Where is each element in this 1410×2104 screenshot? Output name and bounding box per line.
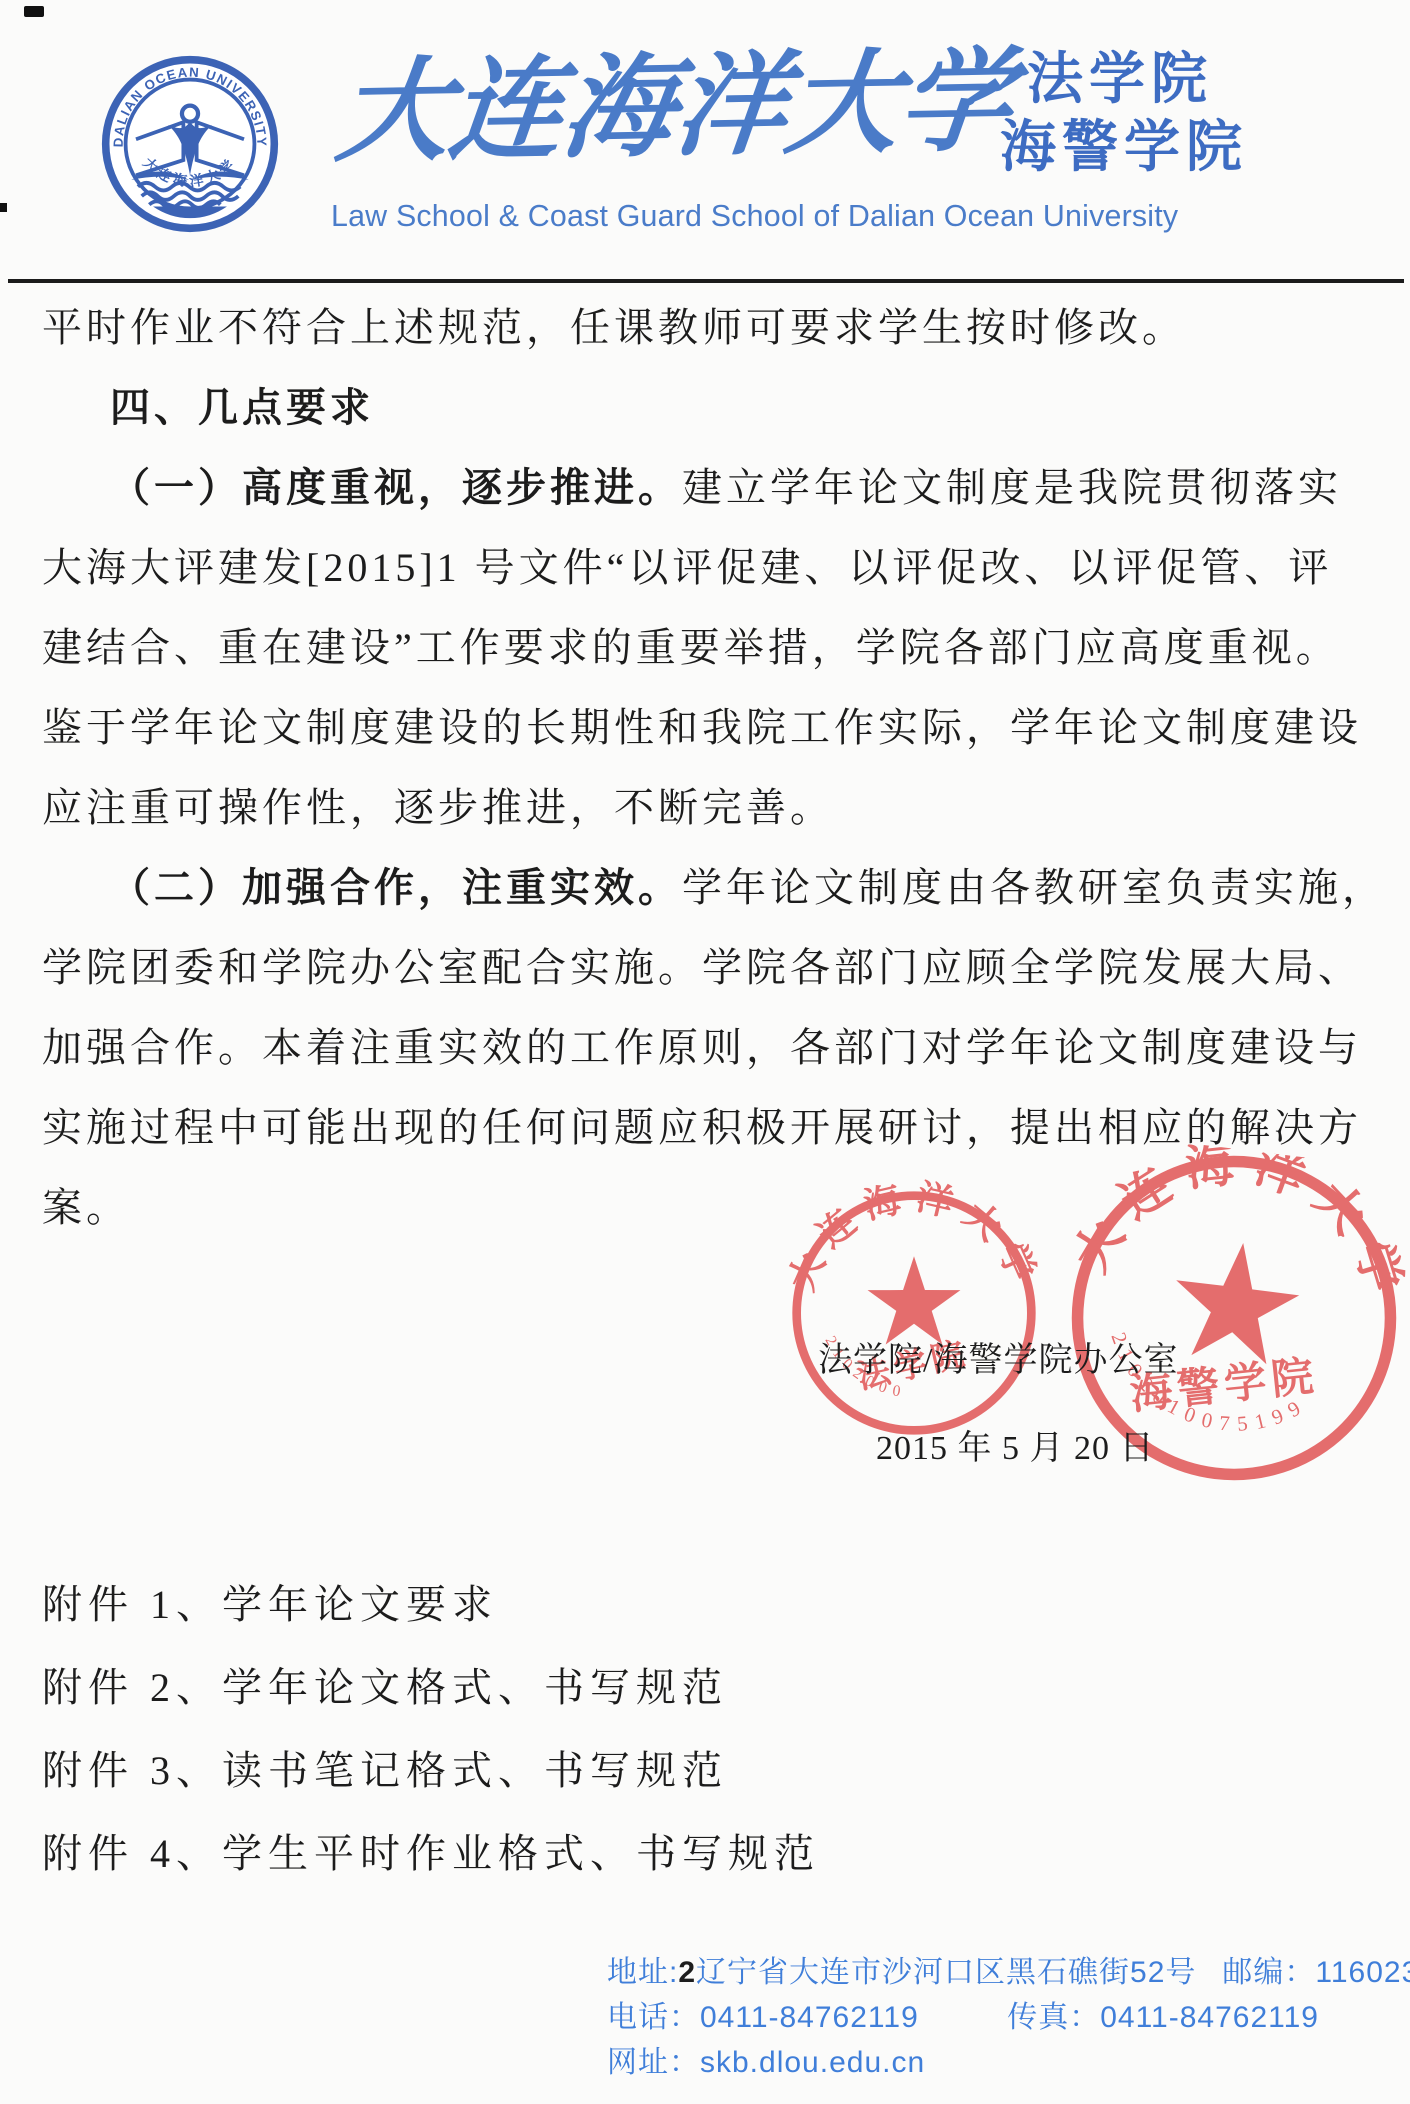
body-line: （一）高度重视，逐步推进。建立学年论文制度是我院贯彻落实 <box>42 448 1382 528</box>
page-number: 2 <box>678 1956 696 1989</box>
scan-artifact <box>24 6 44 17</box>
letterhead-footer: 地址:2辽宁省大连市沙河口区黑石礁街52号邮编：116023 电话：0411-8… <box>607 1950 1319 2085</box>
footer-phone-line: 电话：0411-84762119 传真：0411-84762119 <box>607 1995 1319 2040</box>
address-label: 地址: <box>607 1956 678 1989</box>
attachment-item: 附件 3、读书笔记格式、书写规范 <box>42 1729 820 1812</box>
body-line: 应注重可操作性，逐步推进，不断完善。 <box>42 768 1382 848</box>
body-line: （二）加强合作，注重实效。学年论文制度由各教研室负责实施， <box>42 848 1382 928</box>
attachment-list: 附件 1、学年论文要求 附件 2、学年论文格式、书写规范 附件 3、读书笔记格式… <box>42 1563 820 1895</box>
phone: 电话：0411-84762119 <box>607 1995 919 2040</box>
attachment-item: 附件 4、学生平时作业格式、书写规范 <box>42 1812 820 1895</box>
footer-web-line: 网址：skb.dlou.edu.cn <box>607 2040 1319 2085</box>
signing-date: 2015 年 5 月 20 日 <box>876 1420 1155 1469</box>
zip-value: 116023 <box>1315 1956 1410 1989</box>
body-line: 加强合作。本着注重实效的工作原则，各部门对学年论文制度建设与 <box>42 1008 1382 1088</box>
dept-coast-guard-school: 海警学院 <box>1000 114 1240 182</box>
footer-address-line: 地址:2辽宁省大连市沙河口区黑石礁街52号邮编：116023 <box>607 1950 1319 1995</box>
department-names: 法学院 海警学院 <box>1000 46 1240 182</box>
body-line: 平时作业不符合上述规范，任课教师可要求学生按时修改。 <box>42 288 1382 368</box>
body-line: 大海大评建发[2015]1 号文件“以评促建、以评促改、以评促管、评 <box>42 528 1382 608</box>
body-line: 鉴于学年论文制度建设的长期性和我院工作实际，学年论文制度建设 <box>42 688 1382 768</box>
university-logo: DALIAN OCEAN UNIVERSITY 大连海洋大学 <box>100 48 280 240</box>
scan-artifact <box>0 203 7 212</box>
body-line: 实施过程中可能出现的任何问题应积极开展研讨，提出相应的解决方 <box>42 1088 1382 1168</box>
attachment-item: 附件 1、学年论文要求 <box>42 1563 820 1646</box>
attachment-item: 附件 2、学年论文格式、书写规范 <box>42 1646 820 1729</box>
star-icon <box>1167 1235 1304 1367</box>
zip-label: 邮编： <box>1222 1956 1315 1989</box>
scanned-document-page: DALIAN OCEAN UNIVERSITY 大连海洋大学 大连海洋大学 法学… <box>0 0 1410 2104</box>
web-value: skb.dlou.edu.cn <box>700 2046 925 2079</box>
document-body: 平时作业不符合上述规范，任课教师可要求学生按时修改。 四、几点要求 （一）高度重… <box>42 288 1382 1248</box>
section-heading: 四、几点要求 <box>42 368 1382 448</box>
web-label: 网址： <box>607 2046 700 2079</box>
address-value: 辽宁省大连市沙河口区黑石礁街52号 <box>696 1956 1196 1989</box>
fax: 传真：0411-84762119 <box>1007 1995 1319 2040</box>
english-subtitle: Law School & Coast Guard School of Dalia… <box>331 198 1213 234</box>
dept-law-school: 法学院 <box>1000 46 1240 114</box>
body-line: 建结合、重在建设”工作要求的重要举措，学院各部门应高度重视。 <box>42 608 1382 688</box>
body-line: 案。 <box>42 1168 1382 1248</box>
signing-office: 法学院/海警学院办公室 <box>818 1332 1178 1381</box>
header-divider <box>8 279 1404 283</box>
university-name-calligraphy: 大连海洋大学 <box>328 22 1037 204</box>
body-line: 学院团委和学院办公室配合实施。学院各部门应顾全学院发展大局、 <box>42 928 1382 1008</box>
